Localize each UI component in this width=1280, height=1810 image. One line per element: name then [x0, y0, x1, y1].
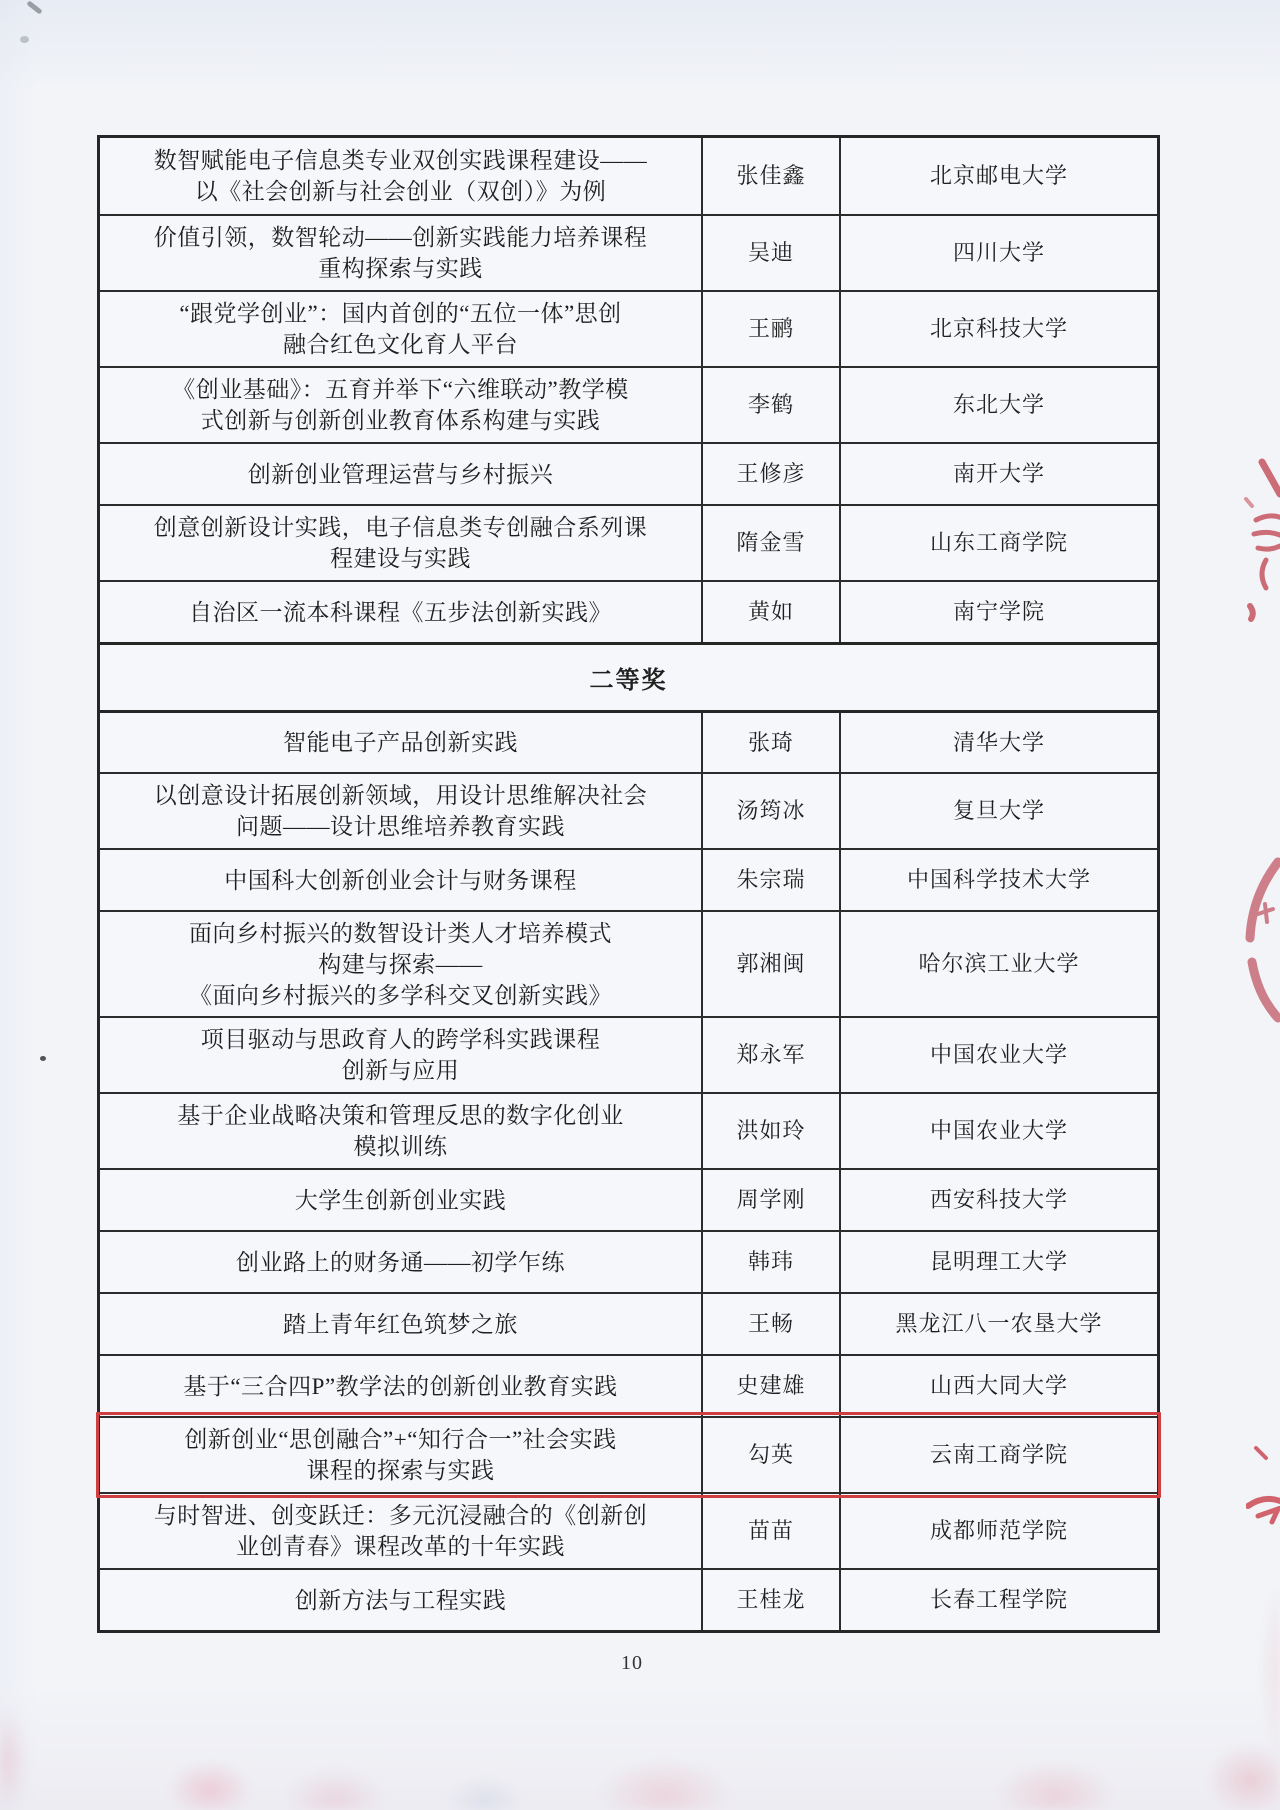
table-row: 基于企业战略决策和管理反思的数字化创业模拟训练 洪如玲 中国农业大学 [100, 1092, 1157, 1168]
university-cell: 西安科技大学 [839, 1170, 1157, 1230]
university-name: 复旦大学 [953, 797, 1045, 825]
course-title-cell: 创新创业“思创融合”+“知行合一”社会实践课程的探索与实践 [100, 1418, 701, 1492]
course-title-line: 问题——设计思维培养教育实践 [236, 811, 565, 842]
university-name: 昆明理工大学 [930, 1248, 1068, 1276]
course-title-line: 构建与探索—— [318, 949, 483, 980]
table-row: 《创业基础》：五育并举下“六维联动”教学模式创新与创新创业教育体系构建与实践 李… [100, 366, 1157, 442]
person-cell: 李鹤 [701, 368, 839, 442]
university-name: 云南工商学院 [930, 1441, 1068, 1469]
university-cell: 云南工商学院 [839, 1418, 1157, 1492]
university-cell: 长春工程学院 [839, 1570, 1157, 1630]
person-name: 王鹂 [748, 315, 794, 343]
person-name: 周学刚 [736, 1186, 805, 1214]
course-title-line: 《创业基础》：五育并举下“六维联动”教学模 [172, 374, 628, 405]
university-cell: 哈尔滨工业大学 [839, 912, 1157, 1016]
person-name: 隋金雪 [736, 529, 805, 557]
university-name: 中国科学技术大学 [907, 866, 1091, 894]
person-name: 张琦 [748, 729, 794, 757]
course-title-cell: 创意创新设计实践，电子信息类专创融合系列课程建设与实践 [100, 506, 701, 580]
course-title-cell: “跟党学创业”：国内首创的“五位一体”思创融合红色文化育人平台 [100, 292, 701, 366]
course-title-line: 踏上青年红色筑梦之旅 [283, 1309, 518, 1340]
course-title-cell: 以创意设计拓展创新领域，用设计思维解决社会问题——设计思维培养教育实践 [100, 774, 701, 848]
university-name: 山东工商学院 [930, 529, 1068, 557]
person-name: 王桂龙 [736, 1586, 805, 1614]
table-row: 以创意设计拓展创新领域，用设计思维解决社会问题——设计思维培养教育实践 汤筠冰 … [100, 772, 1157, 848]
table-row: 项目驱动与思政育人的跨学科实践课程创新与应用 郑永军 中国农业大学 [100, 1016, 1157, 1092]
margin-ink-dot [40, 1056, 46, 1061]
course-title-line: 数智赋能电子信息类专业双创实践课程建设—— [154, 145, 648, 176]
university-cell: 山西大同大学 [839, 1356, 1157, 1416]
person-cell: 王畅 [701, 1294, 839, 1354]
person-name: 史建雄 [736, 1372, 805, 1400]
course-title-line: 创意创新设计实践，电子信息类专创融合系列课 [154, 512, 648, 543]
table-row: 创新方法与工程实践 王桂龙 长春工程学院 [100, 1568, 1157, 1630]
course-title-line: 《面向乡村振兴的多学科交叉创新实践》 [189, 980, 612, 1011]
person-name: 苗苗 [748, 1517, 794, 1545]
university-cell: 南开大学 [839, 444, 1157, 504]
person-name: 郑永军 [736, 1041, 805, 1069]
course-title-cell: 踏上青年红色筑梦之旅 [100, 1294, 701, 1354]
course-title-line: 创业路上的财务通——初学乍练 [236, 1247, 565, 1278]
course-title-line: 大学生创新创业实践 [295, 1185, 507, 1216]
person-cell: 王修彦 [701, 444, 839, 504]
course-title-line: 以《社会创新与社会创业（双创）》为例 [195, 176, 607, 207]
course-title-cell: 基于企业战略决策和管理反思的数字化创业模拟训练 [100, 1094, 701, 1168]
person-name: 张佳鑫 [736, 162, 805, 190]
person-cell: 隋金雪 [701, 506, 839, 580]
course-title-cell: 《创业基础》：五育并举下“六维联动”教学模式创新与创新创业教育体系构建与实践 [100, 368, 701, 442]
person-cell: 张佳鑫 [701, 138, 839, 214]
course-title-cell: 数智赋能电子信息类专业双创实践课程建设——以《社会创新与社会创业（双创）》为例 [100, 138, 701, 214]
course-title-line: 基于企业战略决策和管理反思的数字化创业 [177, 1100, 624, 1131]
university-name: 清华大学 [953, 729, 1045, 757]
university-name: 南开大学 [953, 460, 1045, 488]
person-cell: 周学刚 [701, 1170, 839, 1230]
person-name: 李鹤 [748, 391, 794, 419]
award-table: 数智赋能电子信息类专业双创实践课程建设——以《社会创新与社会创业（双创）》为例 … [97, 135, 1160, 1633]
university-cell: 昆明理工大学 [839, 1232, 1157, 1292]
university-cell: 南宁学院 [839, 582, 1157, 642]
course-title-cell: 中国科大创新创业会计与财务课程 [100, 850, 701, 910]
person-cell: 王鹂 [701, 292, 839, 366]
course-title-line: 中国科大创新创业会计与财务课程 [224, 865, 577, 896]
scanned-document-page: { "page": { "page_number": "10" }, "awar… [0, 0, 1280, 1810]
university-cell: 清华大学 [839, 713, 1157, 772]
table-row: 价值引领，数智轮动——创新实践能力培养课程重构探索与实践 吴迪 四川大学 [100, 214, 1157, 290]
course-title-line: 面向乡村振兴的数智设计类人才培养模式 [189, 918, 612, 949]
university-name: 东北大学 [953, 391, 1045, 419]
person-name: 韩玮 [748, 1248, 794, 1276]
university-cell: 成都师范学院 [839, 1494, 1157, 1568]
person-cell: 汤筠冰 [701, 774, 839, 848]
table-row: 数智赋能电子信息类专业双创实践课程建设——以《社会创新与社会创业（双创）》为例 … [100, 138, 1157, 214]
course-title-line: 创新与应用 [342, 1055, 460, 1086]
university-name: 南宁学院 [953, 598, 1045, 626]
university-cell: 黑龙江八一农垦大学 [839, 1294, 1157, 1354]
person-cell: 勾英 [701, 1418, 839, 1492]
course-title-cell: 基于“三合四P”教学法的创新创业教育实践 [100, 1356, 701, 1416]
page-number: 10 [0, 1652, 1264, 1675]
course-title-cell: 自治区一流本科课程《五步法创新实践》 [100, 582, 701, 642]
course-title-line: 创新创业管理运营与乡村振兴 [248, 459, 554, 490]
table-row: 大学生创新创业实践 周学刚 西安科技大学 [100, 1168, 1157, 1230]
course-title-line: 智能电子产品创新实践 [283, 727, 518, 758]
table-row: 中国科大创新创业会计与财务课程 朱宗瑞 中国科学技术大学 [100, 848, 1157, 910]
person-name: 王畅 [748, 1310, 794, 1338]
course-title-line: 创新方法与工程实践 [295, 1585, 507, 1616]
university-name: 北京科技大学 [930, 315, 1068, 343]
university-name: 四川大学 [953, 239, 1045, 267]
course-title-line: 模拟训练 [354, 1131, 448, 1162]
course-title-cell: 价值引领，数智轮动——创新实践能力培养课程重构探索与实践 [100, 216, 701, 290]
person-cell: 张琦 [701, 713, 839, 772]
course-title-line: 价值引领，数智轮动——创新实践能力培养课程 [154, 222, 648, 253]
course-title-cell: 大学生创新创业实践 [100, 1170, 701, 1230]
course-title-cell: 创业路上的财务通——初学乍练 [100, 1232, 701, 1292]
scan-smudge [26, 0, 42, 14]
university-cell: 中国科学技术大学 [839, 850, 1157, 910]
university-cell: 中国农业大学 [839, 1018, 1157, 1092]
course-title-line: 与时智进、创变跃迁：多元沉浸融合的《创新创 [154, 1500, 648, 1531]
seal-fragment-bottom [1246, 1440, 1280, 1540]
course-title-line: 程建设与实践 [330, 543, 471, 574]
table-row: “跟党学创业”：国内首创的“五位一体”思创融合红色文化育人平台 王鹂 北京科技大… [100, 290, 1157, 366]
table-row: 创新创业管理运营与乡村振兴 王修彦 南开大学 [100, 442, 1157, 504]
person-name: 勾英 [748, 1441, 794, 1469]
university-cell: 山东工商学院 [839, 506, 1157, 580]
person-cell: 黄如 [701, 582, 839, 642]
person-name: 郭湘闽 [736, 950, 805, 978]
seal-fragment-circle [1244, 850, 1280, 1030]
table-row: 智能电子产品创新实践 张琦 清华大学 [100, 710, 1157, 772]
table-row: 面向乡村振兴的数智设计类人才培养模式构建与探索——《面向乡村振兴的多学科交叉创新… [100, 910, 1157, 1016]
table-row: 创新创业“思创融合”+“知行合一”社会实践课程的探索与实践 勾英 云南工商学院 [100, 1416, 1157, 1492]
table-row: 创意创新设计实践，电子信息类专创融合系列课程建设与实践 隋金雪 山东工商学院 [100, 504, 1157, 580]
university-name: 中国农业大学 [930, 1041, 1068, 1069]
table-row: 基于“三合四P”教学法的创新创业教育实践 史建雄 山西大同大学 [100, 1354, 1157, 1416]
university-name: 北京邮电大学 [930, 162, 1068, 190]
course-title-cell: 创新方法与工程实践 [100, 1570, 701, 1630]
course-title-line: 创新创业“思创融合”+“知行合一”社会实践 [184, 1424, 616, 1455]
person-cell: 朱宗瑞 [701, 850, 839, 910]
course-title-cell: 项目驱动与思政育人的跨学科实践课程创新与应用 [100, 1018, 701, 1092]
table-row: 创业路上的财务通——初学乍练 韩玮 昆明理工大学 [100, 1230, 1157, 1292]
course-title-line: 项目驱动与思政育人的跨学科实践课程 [201, 1024, 601, 1055]
bottom-ink-wash [0, 1690, 1280, 1810]
course-title-line: 课程的探索与实践 [307, 1455, 495, 1486]
course-title-cell: 与时智进、创变跃迁：多元沉浸融合的《创新创业创青春》课程改革的十年实践 [100, 1494, 701, 1568]
university-name: 成都师范学院 [930, 1517, 1068, 1545]
university-cell: 东北大学 [839, 368, 1157, 442]
university-cell: 北京科技大学 [839, 292, 1157, 366]
course-title-line: 自治区一流本科课程《五步法创新实践》 [189, 597, 612, 628]
section-header-label: 二等奖 [590, 660, 668, 695]
person-name: 洪如玲 [736, 1117, 805, 1145]
person-name: 吴迪 [748, 239, 794, 267]
course-title-cell: 智能电子产品创新实践 [100, 713, 701, 772]
course-title-line: 融合红色文化育人平台 [283, 329, 518, 360]
person-cell: 苗苗 [701, 1494, 839, 1568]
person-cell: 韩玮 [701, 1232, 839, 1292]
university-cell: 中国农业大学 [839, 1094, 1157, 1168]
course-title-line: 以创意设计拓展创新领域，用设计思维解决社会 [154, 780, 648, 811]
course-title-line: 式创新与创新创业教育体系构建与实践 [201, 405, 601, 436]
course-title-line: 基于“三合四P”教学法的创新创业教育实践 [183, 1371, 617, 1402]
person-cell: 王桂龙 [701, 1570, 839, 1630]
university-cell: 四川大学 [839, 216, 1157, 290]
university-name: 哈尔滨工业大学 [918, 950, 1079, 978]
course-title-line: 业创青春》课程改革的十年实践 [236, 1531, 565, 1562]
course-title-cell: 创新创业管理运营与乡村振兴 [100, 444, 701, 504]
table-row: 踏上青年红色筑梦之旅 王畅 黑龙江八一农垦大学 [100, 1292, 1157, 1354]
university-cell: 北京邮电大学 [839, 138, 1157, 214]
person-cell: 郑永军 [701, 1018, 839, 1092]
section-header-row: 二等奖 [100, 642, 1157, 710]
table-row: 自治区一流本科课程《五步法创新实践》 黄如 南宁学院 [100, 580, 1157, 642]
person-name: 黄如 [748, 598, 794, 626]
person-name: 汤筠冰 [736, 797, 805, 825]
university-name: 黑龙江八一农垦大学 [895, 1310, 1102, 1338]
person-cell: 郭湘闽 [701, 912, 839, 1016]
award-table-body: 数智赋能电子信息类专业双创实践课程建设——以《社会创新与社会创业（双创）》为例 … [100, 138, 1157, 1630]
person-name: 朱宗瑞 [736, 866, 805, 894]
university-name: 西安科技大学 [930, 1186, 1068, 1214]
scan-smudge [20, 36, 29, 43]
course-title-line: “跟党学创业”：国内首创的“五位一体”思创 [179, 298, 621, 329]
university-name: 长春工程学院 [930, 1586, 1068, 1614]
university-cell: 复旦大学 [839, 774, 1157, 848]
course-title-line: 重构探索与实践 [318, 253, 483, 284]
seal-fragment-top [1238, 450, 1280, 640]
person-cell: 史建雄 [701, 1356, 839, 1416]
person-name: 王修彦 [736, 460, 805, 488]
course-title-cell: 面向乡村振兴的数智设计类人才培养模式构建与探索——《面向乡村振兴的多学科交叉创新… [100, 912, 701, 1016]
person-cell: 吴迪 [701, 216, 839, 290]
university-name: 中国农业大学 [930, 1117, 1068, 1145]
university-name: 山西大同大学 [930, 1372, 1068, 1400]
table-row: 与时智进、创变跃迁：多元沉浸融合的《创新创业创青春》课程改革的十年实践 苗苗 成… [100, 1492, 1157, 1568]
person-cell: 洪如玲 [701, 1094, 839, 1168]
